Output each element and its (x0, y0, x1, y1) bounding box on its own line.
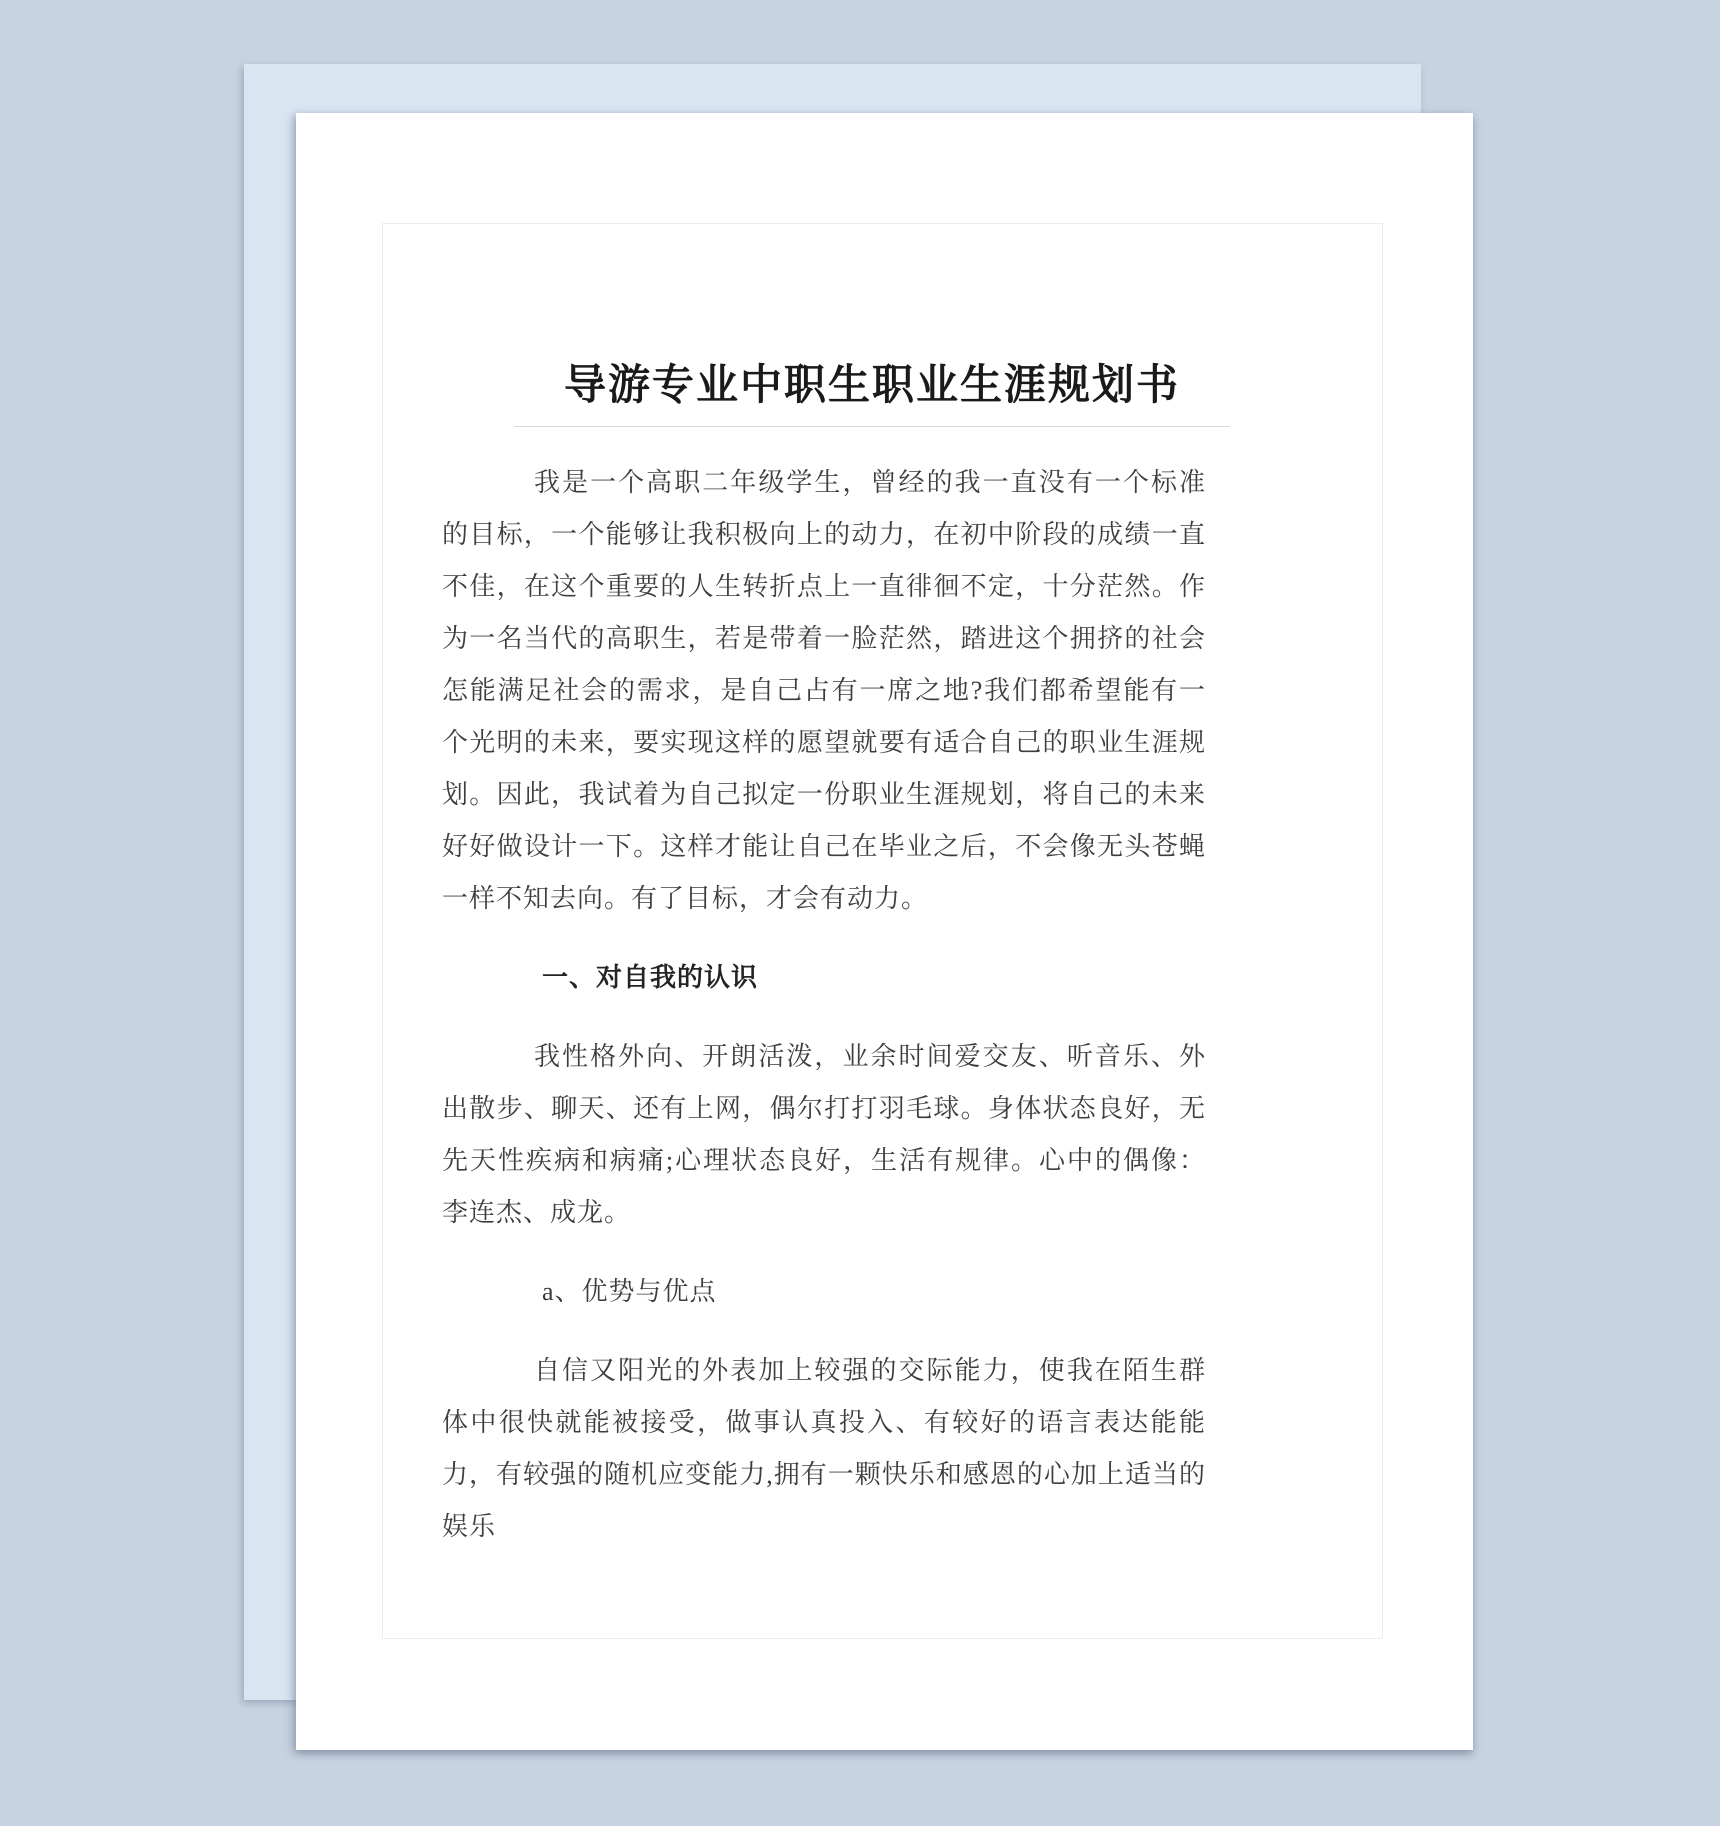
paragraph-self-intro: 我性格外向、开朗活泼，业余时间爱交友、听音乐、外出散步、聊天、还有上网，偶尔打打… (442, 1031, 1206, 1239)
document-title: 导游专业中职生职业生涯规划书 (514, 360, 1230, 412)
paragraph-intro: 我是一个高职二年级学生，曾经的我一直没有一个标准的目标，一个能够让我积极向上的动… (442, 457, 1206, 925)
page-border-frame: 导游专业中职生职业生涯规划书 我是一个高职二年级学生，曾经的我一直没有一个标准的… (382, 223, 1383, 1639)
heading-self-awareness: 一、对自我的认识 (442, 952, 1206, 1004)
document-page: 导游专业中职生职业生涯规划书 我是一个高职二年级学生，曾经的我一直没有一个标准的… (296, 113, 1473, 1750)
subheading-strengths: a、优势与优点 (442, 1266, 1206, 1318)
title-block: 导游专业中职生职业生涯规划书 (514, 360, 1230, 427)
document-body: 我是一个高职二年级学生，曾经的我一直没有一个标准的目标，一个能够让我积极向上的动… (442, 457, 1206, 1553)
paragraph-strengths: 自信又阳光的外表加上较强的交际能力，使我在陌生群体中很快就能被接受，做事认真投入… (442, 1345, 1206, 1553)
desktop-background: 导游专业中职生职业生涯规划书 我是一个高职二年级学生，曾经的我一直没有一个标准的… (0, 0, 1720, 1826)
